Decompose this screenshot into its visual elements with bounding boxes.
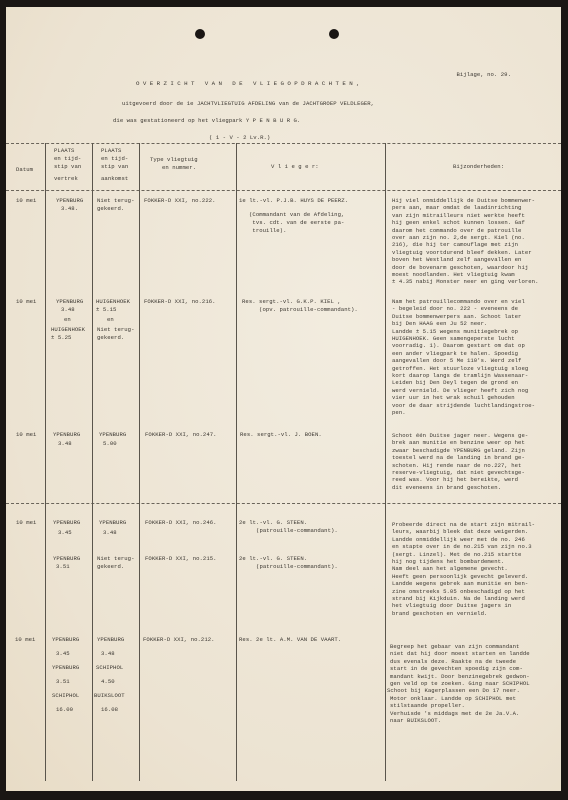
row-arrival: HUIGENHOEK xyxy=(96,298,130,305)
row-arrival-time: ± 5.15 xyxy=(96,306,116,313)
punch-hole-left xyxy=(195,29,205,39)
row-date: 10 mei xyxy=(16,431,36,438)
row-details: Schoot één Duitse jager neer. Wegens ge-… xyxy=(392,432,528,491)
column-header-arrival-4: aankomst xyxy=(101,175,128,182)
row-details: Nam het patrouillecommando over en viel … xyxy=(392,298,535,417)
document-subtitle-2: die was gestationeerd op het vliegpark Y… xyxy=(113,117,300,124)
column-line-5 xyxy=(385,143,386,781)
row-arrival-time: 5.00 xyxy=(103,440,117,447)
column-header-departure-3: stip van xyxy=(54,163,81,170)
row-pilot: 2e lt.-vl. G. STEEN. xyxy=(239,519,307,526)
row-departure-2-time: ± 5.25 xyxy=(51,334,71,341)
row-pilot-note: (patrouille-commandant). xyxy=(239,527,338,534)
column-header-aircraft-1: Type vliegtuig xyxy=(150,156,198,163)
row-arrival-and: en xyxy=(107,316,114,323)
row-pilot: 1e lt.-vl. P.J.B. HUYS DE PEERZ. xyxy=(239,197,348,204)
document-page: Bijlage, no. 29. OVERZICHT VAN DE VLIEGO… xyxy=(6,7,561,791)
document-title: OVERZICHT VAN DE VLIEGOPDRACHTEN, xyxy=(136,80,363,87)
column-header-date: Datum xyxy=(16,166,33,173)
column-header-departure-1: PLAATS xyxy=(54,147,74,154)
row-arrival: YPENBURG xyxy=(99,519,126,526)
row-departure-2: YPENBURG xyxy=(52,664,79,671)
row-departure: YPENBURG xyxy=(53,555,80,562)
row-pilot-note: (patrouille-commandant). xyxy=(239,563,338,570)
row-details: Probeerde direct na de start zijn mitrai… xyxy=(392,521,535,617)
unit-code: ( 1 - V - 2 Lv.R.) xyxy=(209,134,270,141)
column-line-2 xyxy=(92,143,93,781)
row-departure-3-time: 16.00 xyxy=(56,706,73,713)
row-departure-time: 3.48 xyxy=(61,306,75,313)
row-departure: YPENBURG xyxy=(56,298,83,305)
column-line-1 xyxy=(45,143,46,781)
row-aircraft: FOKKER-D XXI, no.247. xyxy=(145,431,217,438)
row-departure: YPENBURG xyxy=(53,431,80,438)
row-arrival-3-time: 16.08 xyxy=(101,706,118,713)
column-header-departure-2: en tijd- xyxy=(54,155,81,162)
column-line-3 xyxy=(139,143,140,781)
row-departure-2: HUIGENHOEK xyxy=(51,326,85,333)
row-pilot: Res. sergt.-vl. G.K.P. KIEL , xyxy=(242,298,341,305)
row-pilot-note-3: trouille). xyxy=(249,227,286,234)
row-pilot: Res. sergt.-vl. J. BOEN. xyxy=(240,431,322,438)
row-departure-and: en xyxy=(64,316,71,323)
row-aircraft: FOKKER-D XXI, no.222. xyxy=(144,197,216,204)
row-departure-2-time: 3.51 xyxy=(56,678,70,685)
row-pilot-note: (opv. patrouille-commandant). xyxy=(242,306,358,313)
row-departure-time: 3.48. xyxy=(61,205,78,212)
row-departure: YPENBURG xyxy=(56,197,83,204)
column-header-details: Bijzonderheden: xyxy=(453,163,504,170)
row-pilot-note-1: (Commandant van de Afdeling, xyxy=(249,211,344,218)
row-departure: YPENBURG xyxy=(53,519,80,526)
row-date: 10 mei xyxy=(16,298,36,305)
row-arrival: YPENBURG xyxy=(97,636,124,643)
column-line-4 xyxy=(236,143,237,781)
row-arrival-time: 3.48 xyxy=(101,650,115,657)
row-date: 10 mei xyxy=(16,197,36,204)
row-departure-3: SCHIPHOL xyxy=(52,692,79,699)
row-departure-time: 3.51 xyxy=(56,563,70,570)
column-header-departure-4: vertrek xyxy=(54,175,78,182)
row-arrival-2: gekeerd. xyxy=(97,205,124,212)
row-details: Begreep het gebaar van zijn commandant n… xyxy=(390,643,530,724)
row-separator xyxy=(6,503,561,504)
column-header-arrival-3: stip van xyxy=(101,163,128,170)
document-subtitle-1: uitgevoerd door de 1e JACHTVLIEGTUIG AFD… xyxy=(122,100,374,107)
header-bottom-rule xyxy=(6,190,561,191)
row-details: Hij viel onmiddellijk de Duitse bommenwe… xyxy=(392,197,539,286)
row-departure-time: 3.45 xyxy=(58,529,72,536)
row-arrival: Niet terug- xyxy=(97,197,134,204)
column-header-arrival-2: en tijd- xyxy=(101,155,128,162)
row-aircraft: FOKKER-D XXI, no.216. xyxy=(144,298,216,305)
row-pilot: Res. 2e lt. A.M. VAN DE VAART. xyxy=(239,636,341,643)
row-date: 10 mei xyxy=(16,519,36,526)
row-arrival-time: 3.48 xyxy=(103,529,117,536)
row-date: 10 mei xyxy=(15,636,35,643)
row-arrival-2b: gekeerd. xyxy=(97,334,124,341)
punch-hole-right xyxy=(329,29,339,39)
row-aircraft: FOKKER-D XXI, no.212. xyxy=(143,636,215,643)
column-header-pilot: V l i e g e r: xyxy=(271,163,319,170)
column-header-aircraft-2: en nummer. xyxy=(162,164,196,171)
row-arrival: YPENBURG xyxy=(99,431,126,438)
row-arrival-2: Niet terug- xyxy=(97,326,134,333)
appendix-label: Bijlage, no. 29. xyxy=(456,71,511,78)
row-departure: YPENBURG xyxy=(52,636,79,643)
row-pilot: 2e lt.-vl. G. STEEN. xyxy=(239,555,307,562)
row-arrival-2: gekeerd. xyxy=(97,563,124,570)
row-arrival-2-time: 4.50 xyxy=(101,678,115,685)
row-pilot-note-2: tvs. cdt. van de eerste pa- xyxy=(249,219,344,226)
header-top-rule xyxy=(6,143,561,144)
row-departure-time: 3.45 xyxy=(56,650,70,657)
row-arrival-3: BUIKSLOOT xyxy=(94,692,125,699)
row-arrival-2: SCHIPHOL xyxy=(96,664,123,671)
row-arrival: Niet terug- xyxy=(97,555,134,562)
row-departure-time: 3.48 xyxy=(58,440,72,447)
row-aircraft: FOKKER-D XXI, no.246. xyxy=(145,519,217,526)
row-aircraft: FOKKER-D XXI, no.215. xyxy=(145,555,217,562)
column-header-arrival-1: PLAATS xyxy=(101,147,121,154)
